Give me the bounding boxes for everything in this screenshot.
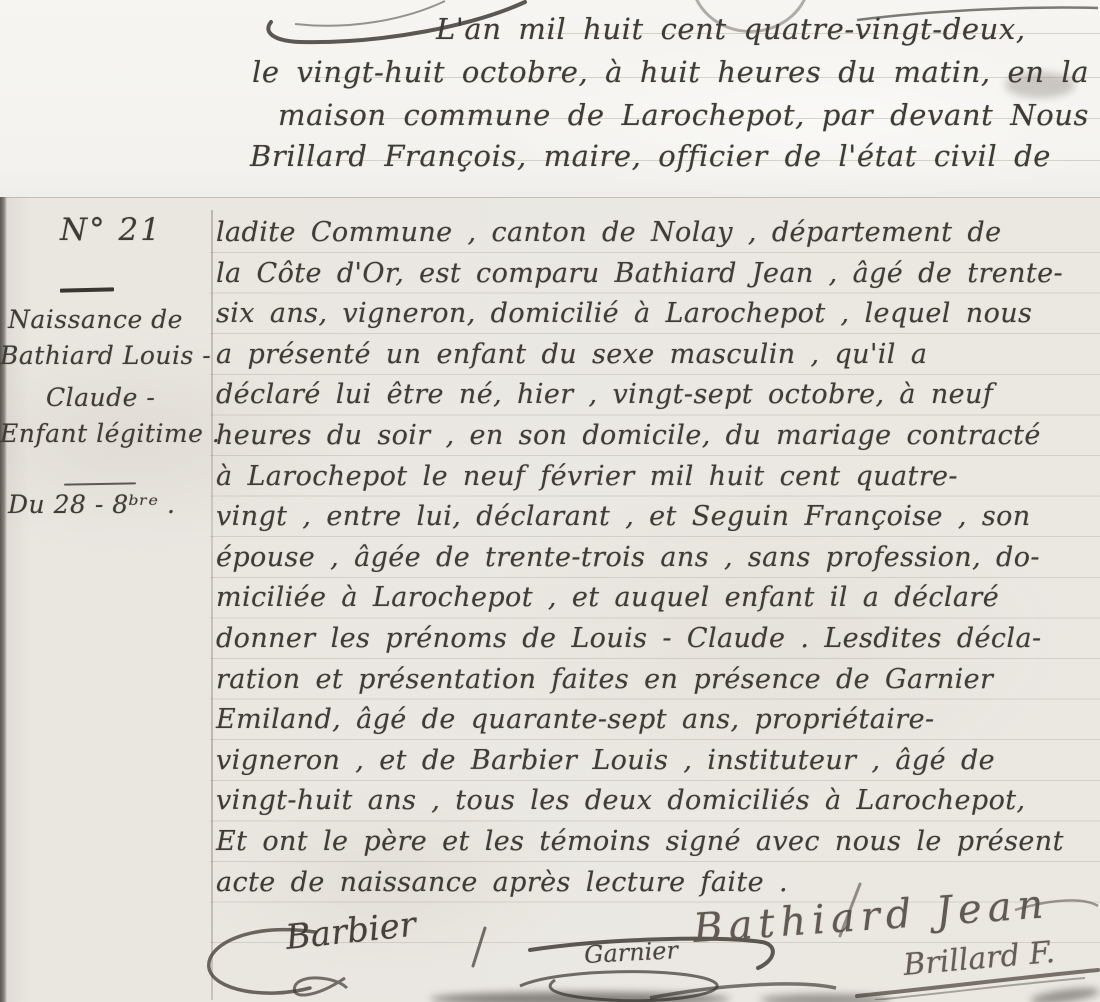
body-line: ladite Commune , canton de Nolay , dépar… — [216, 213, 1100, 254]
signature-barbier-flourish-icon — [195, 920, 495, 1002]
act-body: ladite Commune , canton de Nolay , dépar… — [216, 213, 1100, 903]
body-line: à Larochepot le neuf février mil huit ce… — [216, 457, 1100, 498]
margin-rule — [211, 210, 213, 1000]
body-line: six ans, vigneron, domicilié à Larochepo… — [216, 294, 1100, 335]
signature-bathiard-flourish-icon — [815, 880, 1100, 940]
body-line: épouse , âgée de trente-trois ans , sans… — [216, 538, 1100, 579]
body-line: la Côte d'Or, est comparu Bathiard Jean … — [216, 254, 1100, 295]
margin-note-line: Bathiard Louis - — [0, 341, 211, 370]
act-number: N° 21 — [60, 212, 162, 248]
header-line: le vingt-huit octobre, à huit heures du … — [252, 55, 1089, 89]
body-line: vigneron , et de Barbier Louis , institu… — [216, 741, 1100, 782]
margin-note-line: Enfant légitime . — [0, 419, 220, 448]
header-line: L'an mil huit cent quatre-vingt-deux, — [436, 12, 1026, 46]
body-line: heures du soir , en son domicile, du mar… — [216, 416, 1100, 457]
body-line: vingt , entre lui, déclarant , et Seguin… — [216, 497, 1100, 538]
header-line: maison commune de Larochepot, par devant… — [278, 98, 1089, 132]
scan-edge-shadow — [0, 197, 7, 1002]
body-line: déclaré lui être né, hier , vingt-sept o… — [216, 375, 1100, 416]
margin-date-note: Du 28 - 8ᵇʳᵉ . — [8, 490, 175, 519]
margin-note-line: Claude - — [46, 383, 155, 412]
cutoff-writing-smudge — [430, 992, 730, 1002]
body-line: vingt-huit ans , tous les deux domicilié… — [216, 781, 1100, 822]
body-line: donner les prénoms de Louis - Claude . L… — [216, 619, 1100, 660]
header-line: Brillard François, maire, officier de l'… — [250, 139, 1051, 173]
cutoff-writing-smudge — [760, 994, 890, 1002]
register-top-strip: L'an mil huit cent quatre-vingt-deux, le… — [0, 0, 1100, 197]
body-line: Emiland, âgé de quarante-sept ans, propr… — [216, 700, 1100, 741]
body-line: ration et présentation faites en présenc… — [216, 660, 1100, 701]
civil-register-scan: L'an mil huit cent quatre-vingt-deux, le… — [0, 0, 1100, 1002]
body-line: Et ont le père et les témoins signé avec… — [216, 822, 1100, 863]
body-line: miciliée à Larochepot , et auquel enfant… — [216, 578, 1100, 619]
body-line: a présenté un enfant du sexe masculin , … — [216, 335, 1100, 376]
margin-note-line: Naissance de — [8, 305, 183, 334]
